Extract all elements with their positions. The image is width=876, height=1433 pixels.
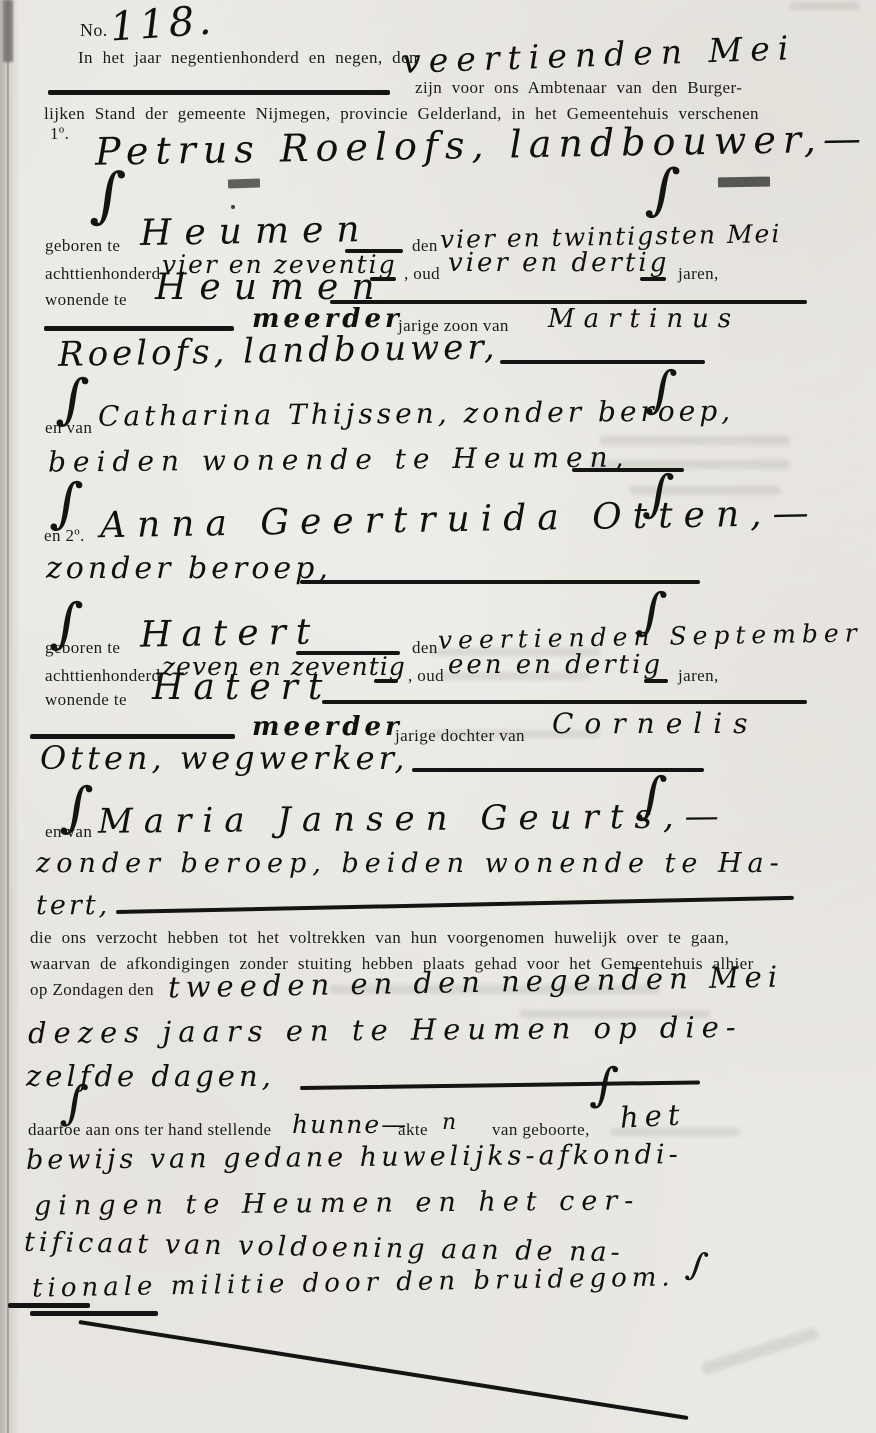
- strike-mark: [30, 1311, 158, 1316]
- akte-label: akte: [398, 1120, 428, 1140]
- pen-flourish-icon: ∫: [589, 1064, 619, 1105]
- groom-born-label: geboren te: [45, 236, 120, 256]
- bride-den-label: den: [412, 638, 438, 658]
- fill-line: [44, 326, 234, 331]
- bride-born-label: geboren te: [45, 638, 120, 658]
- record-number-label: No.: [80, 20, 108, 41]
- documents-intro-label: daartoe aan ons ter hand stellende: [28, 1120, 271, 1140]
- pen-flourish-icon: ∫: [645, 164, 681, 214]
- groom-name-entry: Petrus Roelofs, landbouwer,—: [95, 119, 868, 170]
- groom-father-firstname-entry: Martinus: [548, 306, 740, 332]
- diagonal-strike-line: [78, 1320, 688, 1420]
- het-entry: het: [619, 1100, 686, 1132]
- bride-year-label: achttienhonderd: [45, 666, 161, 686]
- fill-dash: [640, 277, 666, 281]
- bride-mother-entry-line2: zonder beroep, beiden wonende te Ha-: [36, 850, 785, 877]
- bride-age-entry: een en dertig: [448, 652, 663, 678]
- bride-oud-label: , oud: [408, 666, 444, 686]
- ink-dot: [231, 205, 235, 209]
- sundays-label: op Zondagen den: [30, 980, 154, 1000]
- fill-line: [300, 580, 700, 584]
- fill-dash: [644, 679, 668, 683]
- groom-age-entry: vier en dertig: [448, 250, 669, 276]
- bride-daughter-label: jarige dochter van: [395, 726, 525, 746]
- hunne-entry: hunne—: [292, 1112, 408, 1137]
- pen-flourish-icon: ∫: [60, 1083, 90, 1124]
- bride-birthplace-entry: Hatert: [140, 614, 321, 653]
- documents-entry-line2: bewijs van gedane huwelijks-afkondi-: [26, 1141, 682, 1174]
- documents-entry-line5: tionale militie door den bruidegom.: [32, 1264, 675, 1301]
- bride-residence-entry: Hatert: [152, 670, 332, 706]
- bride-jaren-label: jaren,: [678, 666, 719, 686]
- bride-birthdate-entry: veertienden September: [438, 620, 863, 652]
- fill-dash: [374, 679, 398, 683]
- bride-father-name-entry: Otten, wegwerker,: [40, 742, 409, 774]
- page-fold-line: [7, 0, 9, 1433]
- documents-entry-line3: gingen te Heumen en het cer-: [34, 1187, 641, 1219]
- pen-flourish-icon: ∫: [49, 480, 83, 528]
- fill-line: [48, 90, 390, 95]
- scanned-marriage-record-page: No. 118. In het jaar negentienhonderd en…: [0, 0, 876, 1433]
- bride-mother-entry-line3: tert,: [36, 892, 110, 919]
- list-item-1-label: 1º.: [50, 124, 69, 144]
- page-fold-dark-top: [3, 0, 13, 62]
- groom-father-name-entry: Roelofs, landbouwer,: [58, 330, 499, 372]
- request-line1: die ons verzocht hebben tot het voltrekk…: [30, 928, 729, 948]
- akte-n-entry: n: [442, 1112, 456, 1134]
- strike-mark: [8, 1303, 90, 1308]
- pen-flourish-icon: ∫: [685, 1250, 710, 1281]
- pen-flourish-icon: ∫: [89, 168, 126, 221]
- fill-line: [322, 700, 807, 704]
- groom-jaren-label: jaren,: [678, 264, 719, 284]
- geboorte-label: van geboorte,: [492, 1120, 590, 1140]
- publication-dates-entry-line1: tweeden en den negenden Mei: [168, 963, 784, 1003]
- groom-and-of-label: en van: [45, 418, 92, 438]
- bleed-through-bar: [228, 178, 260, 188]
- groom-meerder-entry: meerder: [252, 306, 403, 332]
- groom-mother-entry: Catharina Thijssen, zonder beroep,: [98, 397, 734, 431]
- record-number-value: 118.: [109, 0, 217, 47]
- bride-mother-entry: Maria Jansen Geurts,—: [98, 799, 730, 839]
- marriage-date-entry: veertienden Mei: [402, 31, 797, 78]
- list-item-2-label: en 2º.: [44, 526, 85, 546]
- page-binding-shadow: [0, 0, 20, 1433]
- bride-occupation-entry: zonder beroep,: [46, 554, 332, 584]
- groom-oud-label: , oud: [404, 264, 440, 284]
- fill-line: [116, 896, 794, 914]
- publication-dates-entry-line2: dezes jaars en te Heumen op die-: [28, 1013, 743, 1048]
- bleed-through-bar: [718, 177, 770, 188]
- bride-father-firstname-entry: Cornelis: [552, 710, 759, 738]
- groom-den-label: den: [412, 236, 438, 256]
- documents-entry-line4: tificaat van voldoening aan de na-: [24, 1229, 624, 1266]
- bleed-through-smudge: [701, 1327, 819, 1375]
- groom-residence-label: wonende te: [45, 290, 127, 310]
- groom-parents-residence-entry: beiden wonende te Heumen,: [48, 443, 631, 476]
- officials-line1: zijn voor ons Ambtenaar van den Burger-: [415, 78, 742, 98]
- bride-residence-label: wonende te: [45, 690, 127, 710]
- bride-meerder-entry: meerder: [252, 714, 403, 740]
- fill-line: [300, 1080, 700, 1090]
- bleed-through-smudge: [790, 2, 860, 10]
- bride-name-entry: Anna Geertruida Otten,—: [100, 496, 820, 545]
- year-line-printed: In het jaar negentienhonderd en negen, d…: [78, 48, 418, 68]
- groom-birthplace-entry: Heumen: [140, 212, 373, 252]
- groom-year-label: achttienhonderd: [45, 264, 161, 284]
- bride-and-of-label: en van: [45, 822, 92, 842]
